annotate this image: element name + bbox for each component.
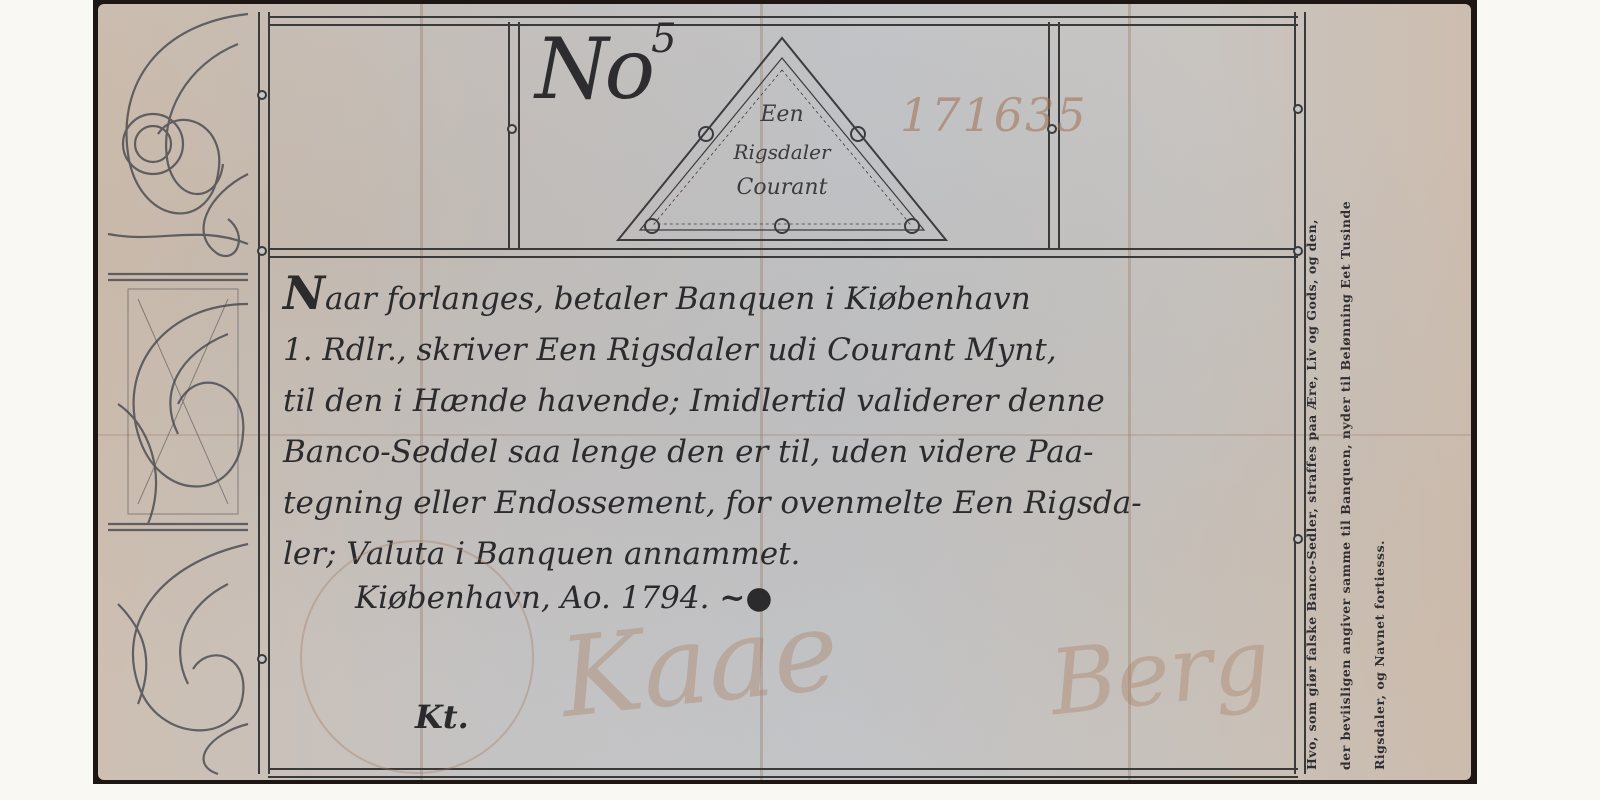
counterfeit-warning: Hvo, som giør falske Banco-Sedler, straf… (1300, 30, 1470, 770)
faded-stamp (300, 540, 534, 774)
frame-knob (257, 90, 267, 100)
warning-line: Hvo, som giør falske Banco-Sedler, straf… (1304, 30, 1328, 770)
drop-cap: N (283, 266, 325, 320)
signer-initials: Kt. (415, 698, 469, 736)
denomination-line-3: Courant (612, 175, 952, 200)
panel-divider (508, 22, 520, 250)
frame-knob (257, 246, 267, 256)
text-line: 1. Rdlr., skriver Een Rigsdaler udi Cour… (283, 325, 1283, 376)
text-line: Banco-Seddel saa lenge den er til, uden … (283, 427, 1283, 478)
warning-line: Rigsdaler, og Navnet fortiesss. (1372, 330, 1396, 770)
frame-knob (257, 654, 267, 664)
denomination-line-1: Een (612, 102, 952, 127)
text-line: til den i Hænde havende; Imidlertid vali… (283, 376, 1283, 427)
acanthus-ornament (98, 4, 258, 780)
promissory-text: Naar forlanges, betaler Banquen i Kiøben… (283, 268, 1283, 580)
text-line: Naar forlanges, betaler Banquen i Kiøben… (283, 268, 1283, 325)
frame-knob (507, 124, 517, 134)
frame-rule-mid (268, 248, 1298, 258)
warning-line: der beviisligen angiver samme til Banque… (1338, 30, 1362, 770)
frame-rule-top (268, 16, 1298, 26)
text-line: tegning eller Endossement, for ovenmelte… (283, 478, 1283, 529)
denomination-triangle: Een Rigsdaler Courant (612, 30, 952, 245)
denomination-line-2: Rigsdaler (612, 140, 952, 164)
text-line-content: aar forlanges, betaler Banquen i Kiøbenh… (325, 281, 1031, 317)
